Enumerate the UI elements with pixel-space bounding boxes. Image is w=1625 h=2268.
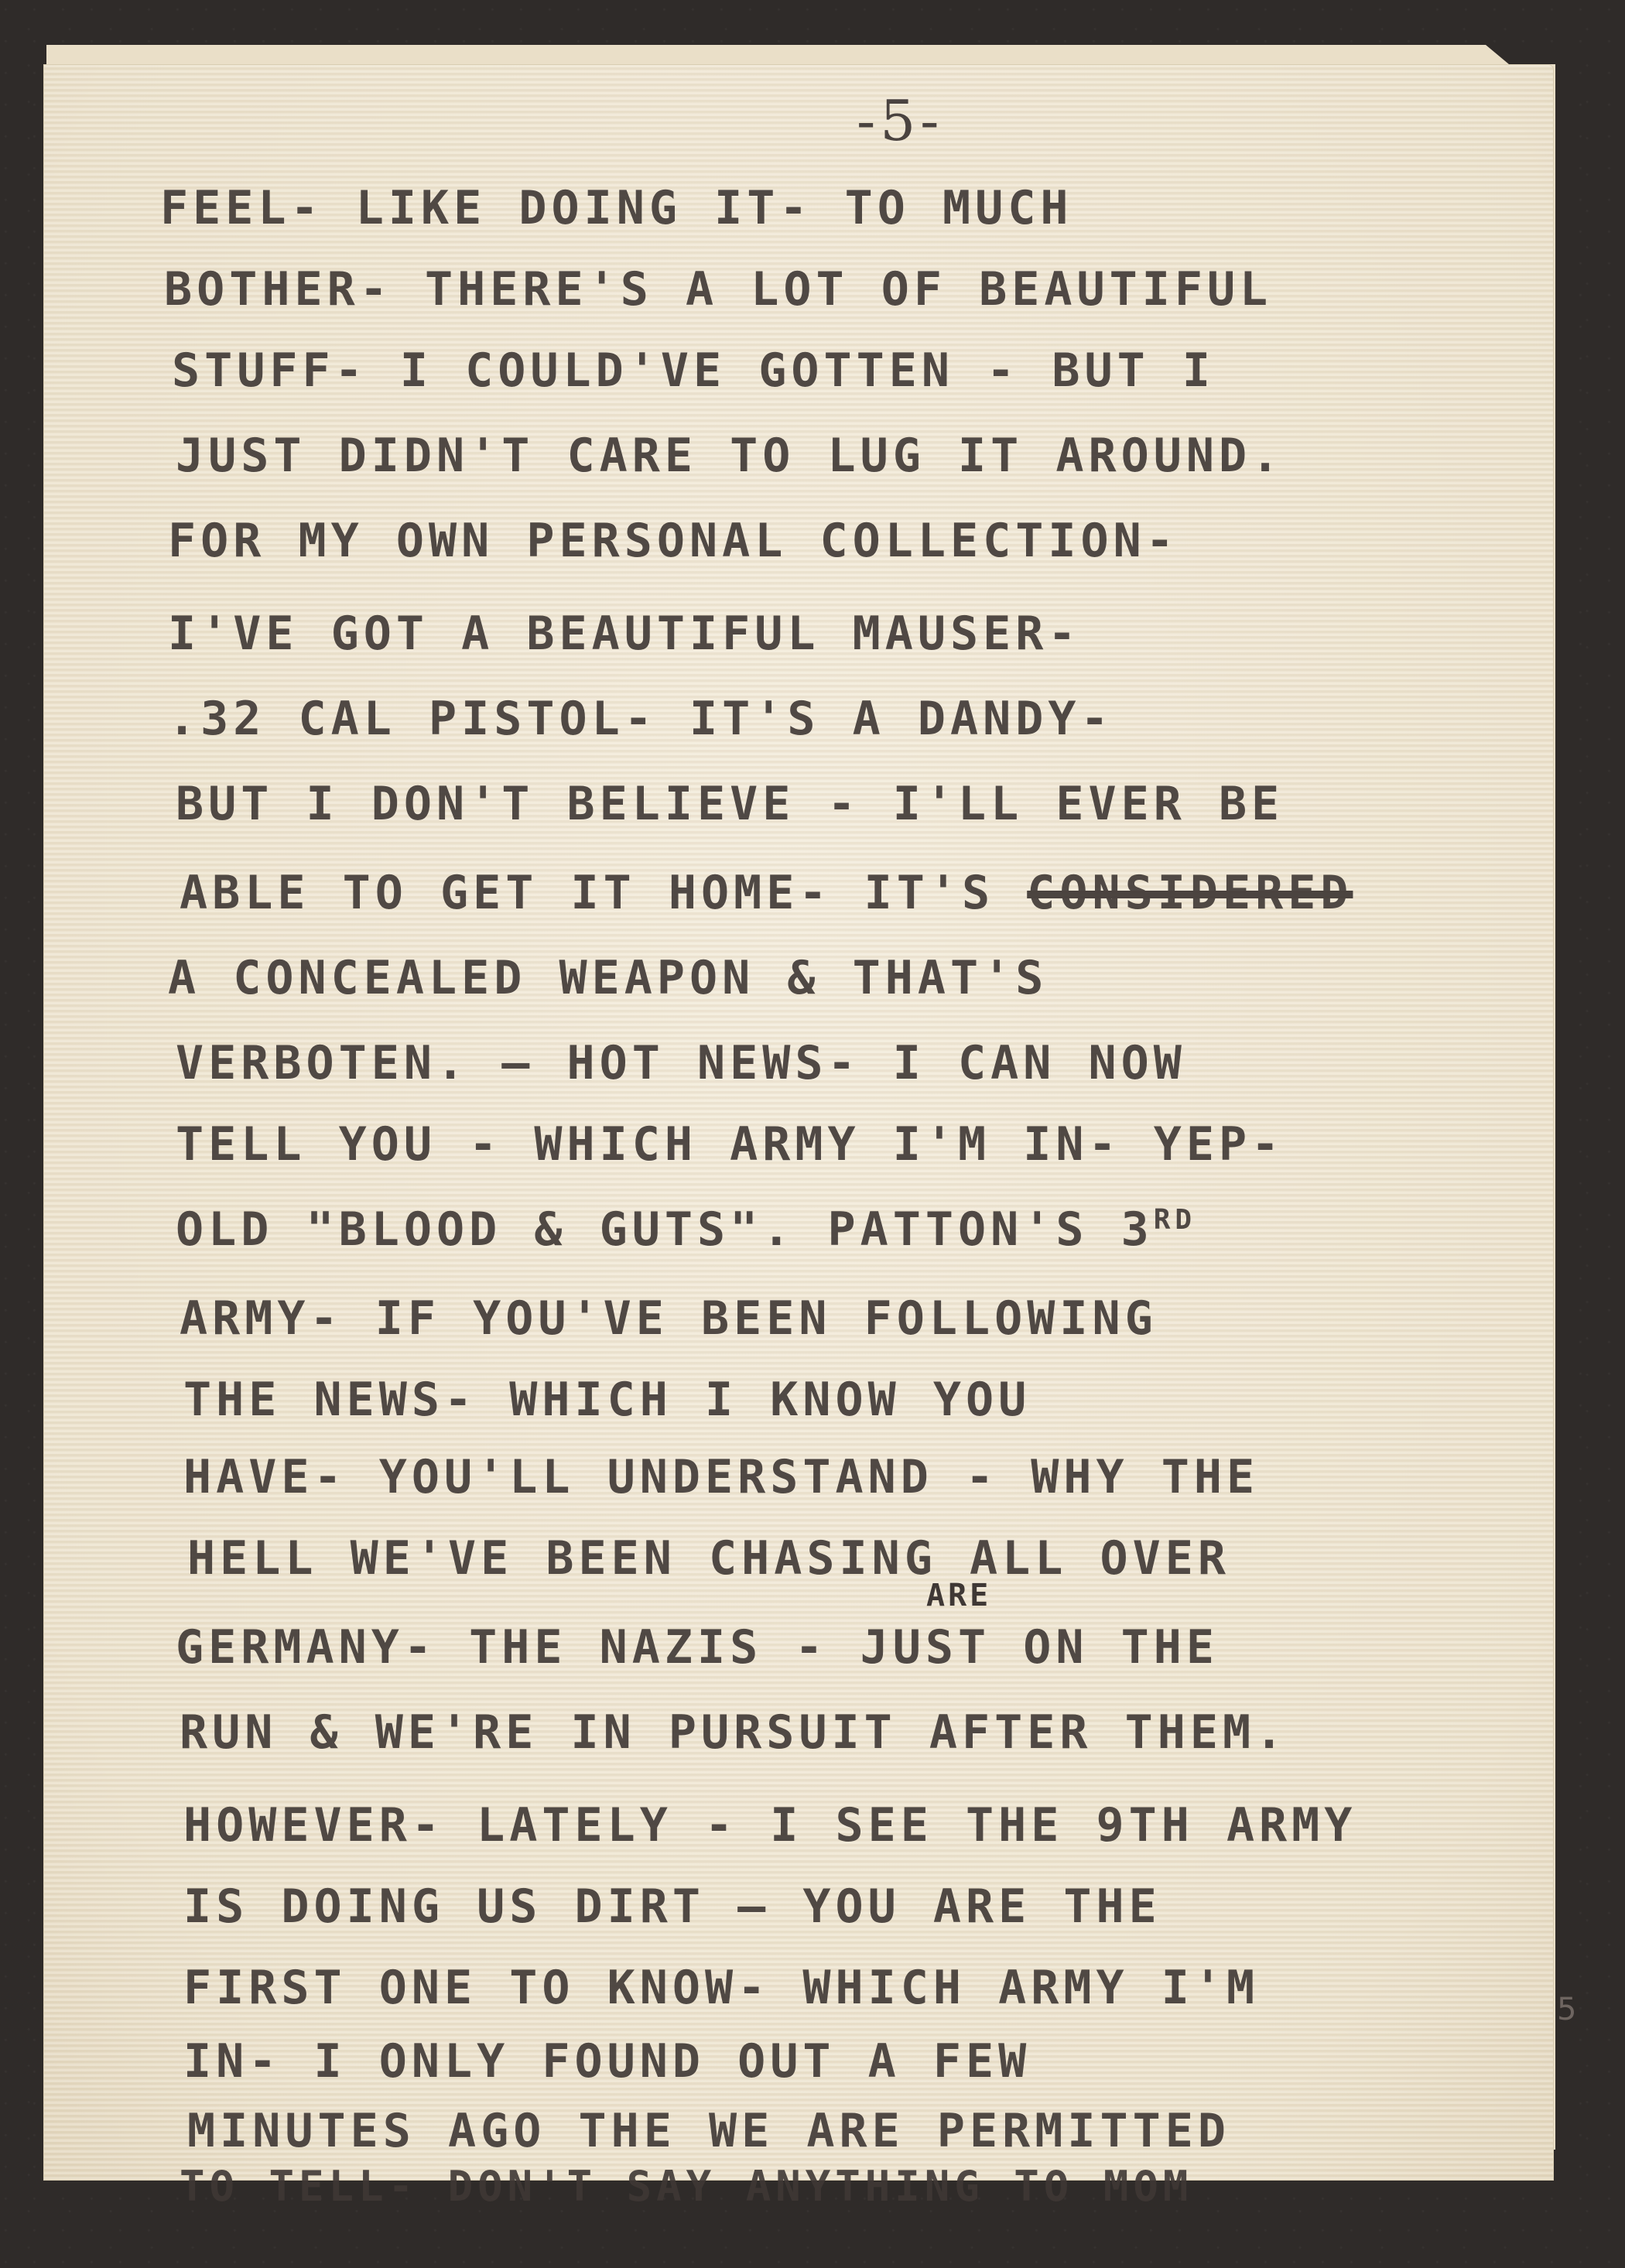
text-line-15: THE NEWS- WHICH I KNOW YOU	[183, 1373, 1031, 1427]
text-line-1: FEEL- LIKE DOING IT- TO MUCH	[160, 181, 1072, 235]
text-line-18: GERMANY- THE NAZIS - JUST ON THE	[176, 1620, 1219, 1674]
margin-mark: 5	[1557, 1992, 1576, 2027]
text-line-13: OLD "BLOOD & GUTS". PATTON'S 3rd	[176, 1202, 1196, 1257]
text-line-2: BOTHER- THERE'S A LOT OF BEAUTIFUL	[164, 262, 1272, 316]
handwritten-text: FEEL- LIKE DOING IT- TO MUCH BOTHER- THE…	[44, 65, 1553, 2180]
text-line-5: FOR MY OWN PERSONAL COLLECTION-	[168, 514, 1179, 568]
text-line-19: RUN & WE'RE IN PURSUIT AFTER THEM.	[180, 1705, 1288, 1760]
text-line-25: TO TELL- DON'T SAY ANYTHING TO MOM	[180, 2162, 1192, 2211]
text-line-10: A CONCEALED WEAPON & THAT'S	[168, 951, 1048, 1005]
text-line-24: MINUTES AGO THE WE ARE PERMITTED	[187, 2104, 1230, 2158]
text-line-23: IN- I ONLY FOUND OUT A FEW	[183, 2034, 1031, 2088]
text-line-12: TELL YOU - WHICH ARMY I'M IN- YEP-	[176, 1117, 1284, 1172]
text-line-8: BUT I DON'T BELIEVE - I'LL EVER BE	[176, 777, 1284, 831]
text-line-14: ARMY- IF YOU'VE BEEN FOLLOWING	[180, 1291, 1158, 1346]
text-line-11: VERBOTEN. — HOT NEWS- I CAN NOW	[176, 1036, 1186, 1090]
text-line-9-main: ABLE TO GET IT HOME- IT'S	[180, 866, 994, 920]
text-line-4: JUST DIDN'T CARE TO LUG IT AROUND.	[176, 429, 1284, 483]
text-line-16: HAVE- YOU'LL UNDERSTAND - WHY THE	[183, 1450, 1259, 1504]
text-line-7: .32 CAL PISTOL- IT'S A DANDY-	[168, 692, 1114, 746]
letter-page: -5- FEEL- LIKE DOING IT- TO MUCH BOTHER-…	[44, 65, 1553, 2180]
superscript-rd: rd	[1154, 1204, 1196, 1236]
text-line-13-main: OLD "BLOOD & GUTS". PATTON'S 3	[176, 1202, 1154, 1257]
struck-word: CONSIDERED	[1027, 866, 1353, 920]
insertion-are: ARE	[926, 1578, 991, 1613]
text-line-17: HELL WE'VE BEEN CHASING ALL OVER	[187, 1531, 1230, 1586]
text-line-22: FIRST ONE TO KNOW- WHICH ARMY I'M	[183, 1961, 1259, 2015]
text-line-21: IS DOING US DIRT — YOU ARE THE	[183, 1880, 1161, 1934]
text-line-6: I'VE GOT A BEAUTIFUL MAUSER-	[168, 607, 1080, 661]
text-line-9: ABLE TO GET IT HOME- IT'S CONSIDERED	[180, 866, 1353, 920]
text-line-20: HOWEVER- LATELY - I SEE THE 9th ARMY	[183, 1798, 1356, 1852]
text-line-3: STUFF- I COULD'VE GOTTEN - BUT I	[172, 344, 1215, 398]
